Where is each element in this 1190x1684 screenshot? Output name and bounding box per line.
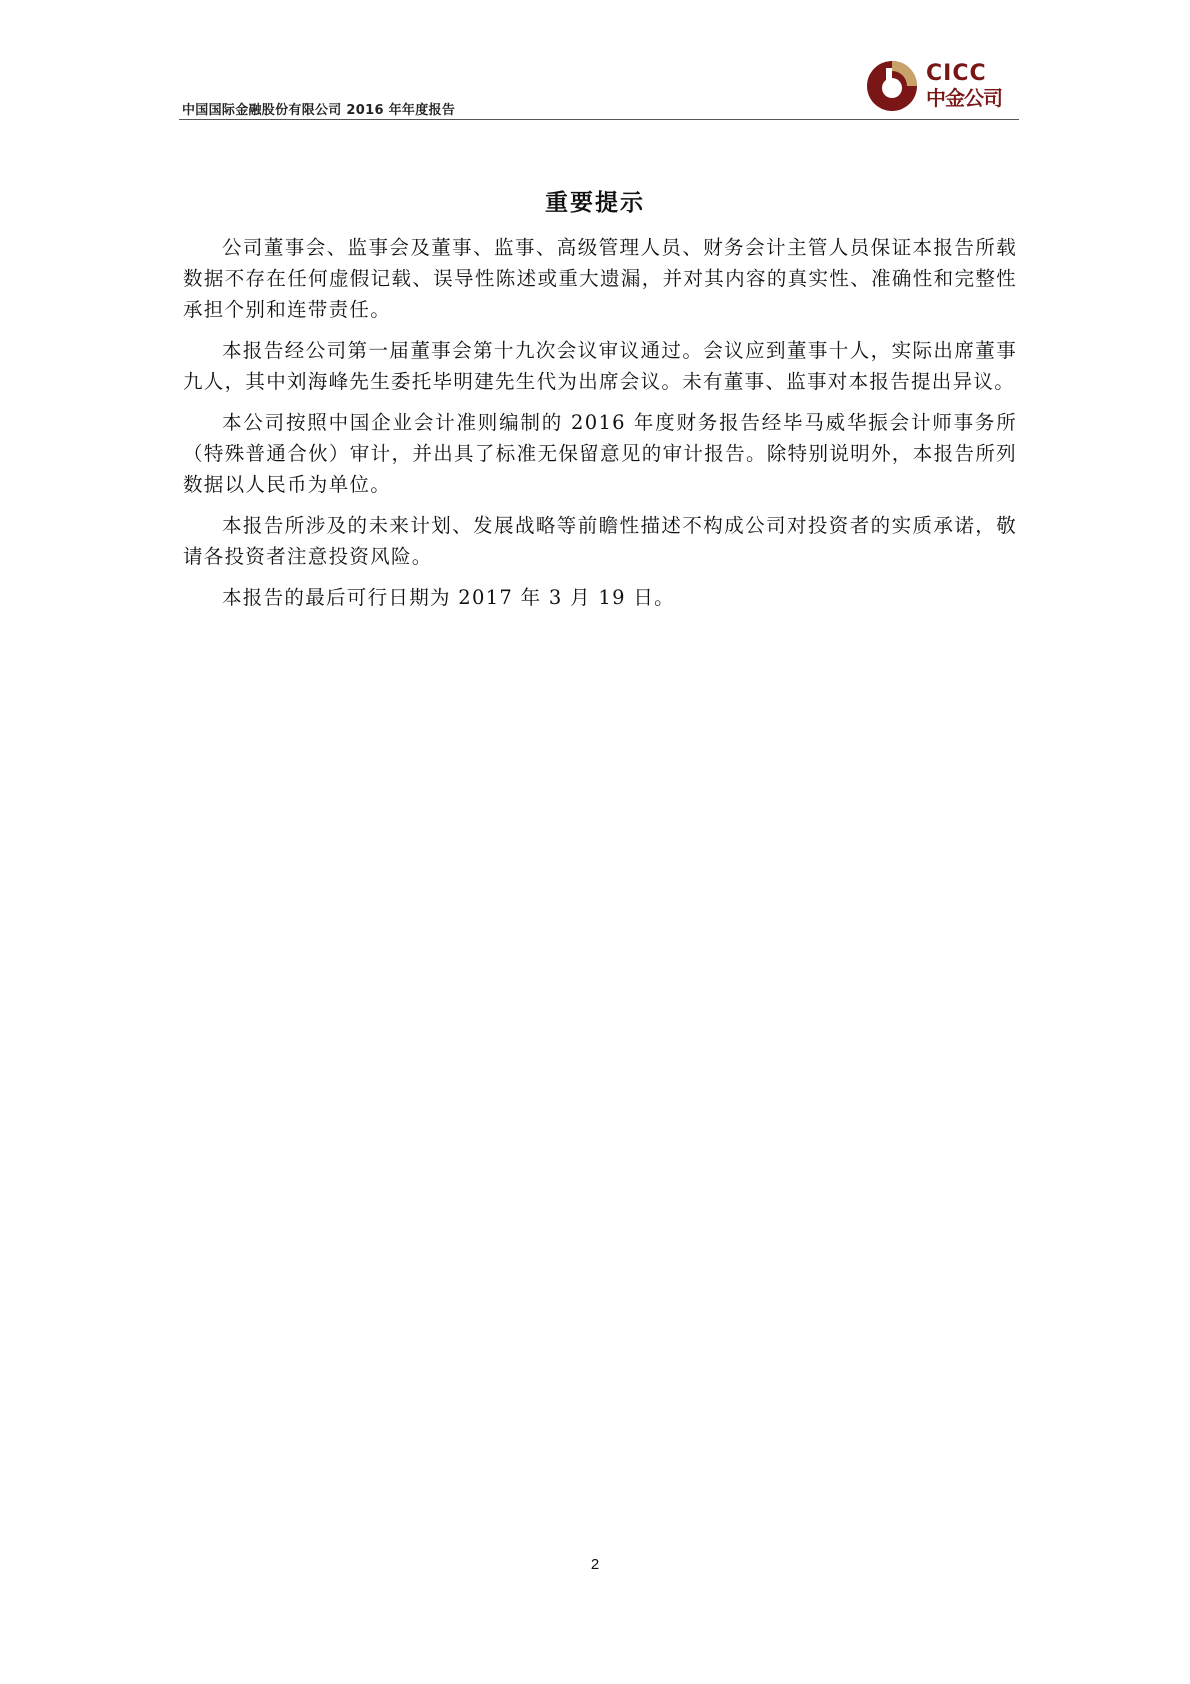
- header-divider: [179, 119, 1019, 120]
- paragraph-audit: 本公司按照中国企业会计准则编制的 2016 年度财务报告经毕马威华振会计师事务所…: [183, 407, 1017, 500]
- cicc-logo: CICC 中金公司: [866, 58, 1016, 114]
- paragraph-responsibility: 公司董事会、监事会及董事、监事、高级管理人员、财务会计主管人员保证本报告所载数据…: [183, 232, 1017, 325]
- cicc-logo-icon: [866, 60, 918, 112]
- logo-text-cn: 中金公司: [926, 86, 1002, 110]
- paragraph-board-approval: 本报告经公司第一届董事会第十九次会议审议通过。会议应到董事十人，实际出席董事九人…: [183, 335, 1017, 397]
- page-number: 2: [0, 1556, 1190, 1573]
- page-title: 重要提示: [0, 184, 1190, 217]
- paragraph-forward-looking: 本报告所涉及的未来计划、发展战略等前瞻性描述不构成公司对投资者的实质承诺，敬请各…: [183, 510, 1017, 572]
- report-header-title: 中国国际金融股份有限公司 2016 年年度报告: [182, 99, 455, 118]
- paragraph-practicable-date: 本报告的最后可行日期为 2017 年 3 月 19 日。: [183, 582, 1017, 613]
- document-body: 公司董事会、监事会及董事、监事、高级管理人员、财务会计主管人员保证本报告所载数据…: [183, 232, 1017, 623]
- logo-text-en: CICC: [926, 62, 987, 86]
